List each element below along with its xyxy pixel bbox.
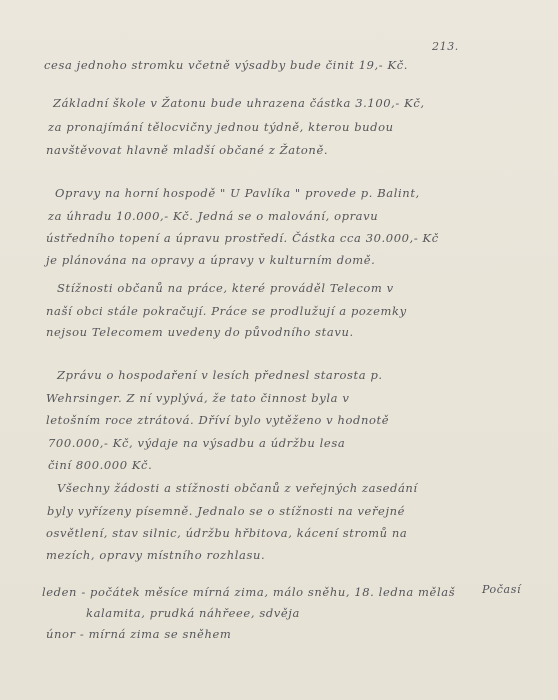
text-line: naší obci stále pokračují. Práce se prod… [46, 304, 407, 318]
text-line: za pronajímání tělocvičny jednou týdně, … [48, 120, 394, 134]
text-line: mezích, opravy místního rozhlasu. [46, 548, 265, 562]
text-line: ústředního topení a úpravu prostředí. Čá… [46, 231, 439, 245]
text-line: letošním roce ztrátová. Dříví bylo vytěž… [46, 413, 389, 427]
text-line: Základní škole v Žatonu bude uhrazena čá… [53, 96, 425, 110]
text-line: je plánována na opravy a úpravy v kultur… [46, 253, 375, 267]
text-line: osvětlení, stav silnic, údržbu hřbitova,… [46, 526, 407, 540]
text-line: byly vyřízeny písemně. Jednalo se o stíž… [47, 504, 405, 518]
handwritten-document-page: 213. cesa jednoho stromku včetně výsadby… [0, 0, 558, 700]
weather-entry-january: leden - počátek měsíce mírná zima, málo … [42, 585, 455, 599]
text-line: Zprávu o hospodaření v lesích přednesl s… [57, 368, 383, 382]
text-line: nejsou Telecomem uvedeny do původního st… [46, 325, 354, 339]
text-line: navštěvovat hlavně mladší občané z Žaton… [46, 143, 328, 157]
margin-note-weather: Počasí [482, 583, 521, 596]
text-line: Všechny žádosti a stížnosti občanů z veř… [57, 481, 418, 495]
text-line: 700.000,- Kč, výdaje na výsadbu a údržbu… [48, 436, 345, 450]
text-line: Opravy na horní hospodě " U Pavlíka " pr… [55, 186, 420, 200]
text-line: Wehrsinger. Z ní vyplývá, že tato činnos… [46, 391, 349, 405]
weather-entry-january-cont: kalamita, prudká náhřeee, sdvěja [86, 606, 300, 620]
text-line: cesa jednoho stromku včetně výsadby bude… [44, 58, 408, 72]
weather-entry-february: únor - mírná zima se sněhem [46, 627, 231, 641]
text-line: Stížnosti občanů na práce, které provádě… [57, 281, 394, 295]
text-line: činí 800.000 Kč. [48, 458, 152, 472]
text-line: za úhradu 10.000,- Kč. Jedná se o malová… [48, 209, 378, 223]
page-number: 213. [432, 40, 459, 53]
